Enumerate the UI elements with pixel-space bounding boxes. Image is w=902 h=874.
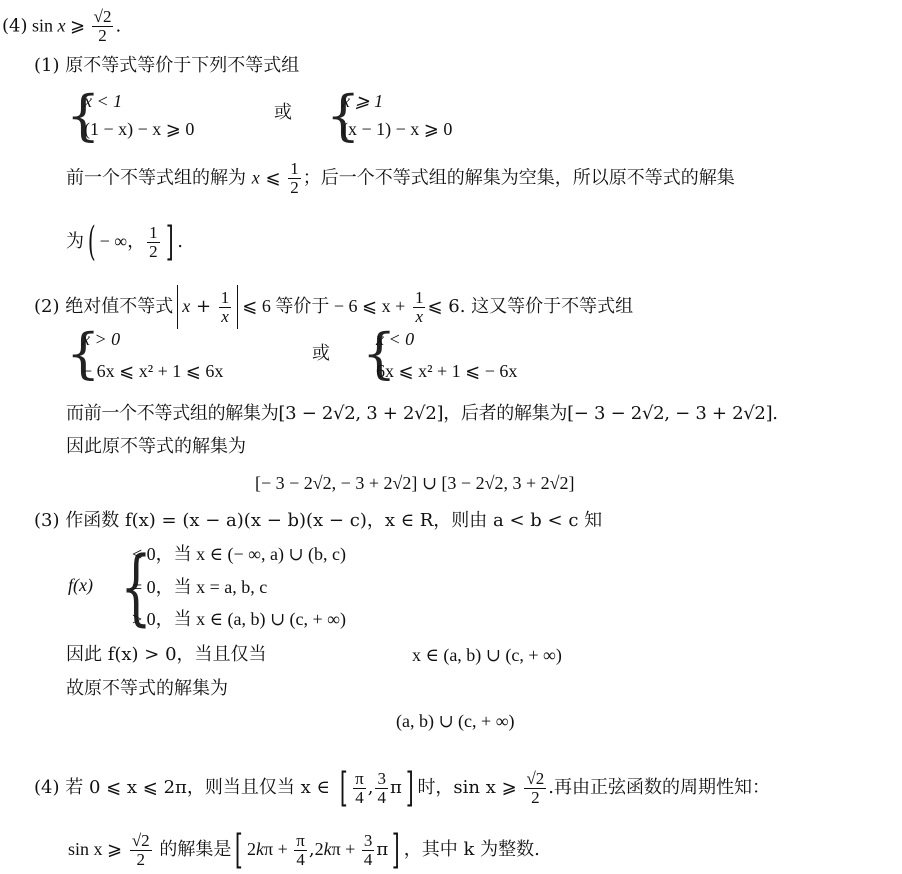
part4-text-d: sin x ⩾ — [68, 839, 122, 859]
part4-text-b: 时，sin x ⩾ — [417, 777, 516, 798]
part2-system-a-row2: − 6x ⩽ x² + 1 ⩽ 6x — [82, 362, 223, 380]
part4-frac-pi4: π4 — [353, 770, 366, 807]
part2-system-b-row2: 6x ⩽ x² + 1 ⩽ − 6x — [376, 362, 517, 380]
part4-text-c: 再由正弦函数的周期性知： — [554, 777, 770, 798]
part1-frac: 12 — [288, 160, 301, 197]
part2-intro-b: ⩽ 6 等价于 − 6 ⩽ x + — [242, 296, 405, 316]
part4-frac-sqrt2-b: √22 — [130, 832, 152, 869]
part4-frac-3-4: 34 — [375, 770, 388, 807]
part2-frac: 1x — [413, 289, 426, 326]
part4-line1: (4) 若 0 ⩽ x ⩽ 2π，则当且仅当 x ∈ [π4,34π]时，sin… — [34, 768, 770, 808]
part4-frac-sqrt2: √22 — [524, 770, 546, 807]
part1-solution-line2: 为(− ∞，12]. — [66, 222, 183, 262]
part1-frac2: 12 — [147, 224, 160, 261]
part1-system-b-row2: (x − 1) − x ⩾ 0 — [342, 120, 452, 138]
part3-intro: (3) 作函数 f(x) = (x − a)(x − b)(x − c)，x ∈… — [34, 512, 602, 530]
part3-so: 故原不等式的解集为 — [66, 680, 228, 698]
part1-interval-left: − ∞， — [100, 231, 145, 251]
part1-text-b: ；后一个不等式组的解集为空集，所以原不等式的解集 — [303, 167, 735, 188]
part2-therefore: 因此原不等式的解集为 — [66, 438, 246, 456]
part2-label: (2) — [34, 296, 60, 317]
part3-iff-text: 因此 f(x) > 0，当且仅当 — [66, 646, 267, 664]
part1-text-a: 前一个不等式组的解为 — [66, 167, 246, 188]
part2-frac-abs: 1x — [219, 289, 232, 326]
part2-intro-c: ⩽ 6. 这又等价于不等式组 — [427, 296, 633, 317]
part4-line2: sin x ⩾ √22 的解集是[2kπ + π4,2kπ + 34π]，其中 … — [68, 830, 540, 870]
part3-intro-text: 作函数 f(x) = (x − a)(x − b)(x − c)，x ∈ R，则… — [65, 510, 602, 531]
part2-solution-sets: 而前一个不等式组的解集为[3 − 2√2, 3 + 2√2]，后者的解集为[− … — [66, 405, 778, 423]
part3-label: (3) — [34, 510, 60, 531]
part3-fx: f(x) — [68, 576, 93, 594]
part1-intro: (1) 原不等式等价于下列不等式组 — [34, 57, 299, 75]
part2-result: [− 3 − 2√2, − 3 + 2√2] ∪ [3 − 2√2, 3 + 2… — [255, 474, 574, 492]
part4-text-a: 若 0 ⩽ x ⩽ 2π，则当且仅当 x ∈ — [65, 777, 330, 798]
part4-label: (4) — [34, 777, 60, 798]
part4-text-f: ，其中 k 为整数. — [404, 839, 540, 860]
part3-case-2: = 0，当 x = a, b, c — [132, 578, 267, 596]
part1-or: 或 — [274, 104, 292, 122]
part4-text-e: 的解集是 — [159, 839, 231, 860]
part1-text-c: 为 — [66, 231, 84, 252]
part3-case-3: > 0，当 x ∈ (a, b) ∪ (c, + ∞) — [132, 610, 346, 628]
header-fraction: √22 — [92, 8, 114, 45]
part1-label: (1) — [34, 55, 60, 76]
part4-frac-3-4-b: 34 — [362, 832, 375, 869]
part2-system-a-row1: x > 0 — [82, 330, 120, 348]
part1-intro-text: 原不等式等价于下列不等式组 — [65, 55, 299, 76]
part2-or: 或 — [312, 345, 330, 363]
part1-system-b-row1: x ⩾ 1 — [342, 92, 383, 110]
part3-iff-set: x ∈ (a, b) ∪ (c, + ∞) — [412, 646, 562, 664]
part4-frac-pi4-b: π4 — [294, 832, 307, 869]
part1-system-a-row2: (1 − x) − x ⩾ 0 — [84, 120, 194, 138]
part2-intro-a: 绝对值不等式 — [65, 296, 173, 317]
part2-intro: (2) 绝对值不等式x + 1x⩽ 6 等价于 − 6 ⩽ x + 1x⩽ 6.… — [34, 285, 633, 329]
part3-result: (a, b) ∪ (c, + ∞) — [396, 712, 515, 730]
part2-system-b-row1: x < 0 — [376, 330, 414, 348]
part3-case-1: < 0，当 x ∈ (− ∞, a) ∪ (b, c) — [132, 545, 346, 563]
part1-solution-line1: 前一个不等式组的解为 x ⩽ 12；后一个不等式组的解集为空集，所以原不等式的解… — [66, 160, 735, 197]
part1-system-a-row1: x < 1 — [84, 92, 122, 110]
problem-header: (4) sin x ⩾ √22. — [2, 8, 121, 45]
header-label: (4) — [2, 15, 28, 36]
